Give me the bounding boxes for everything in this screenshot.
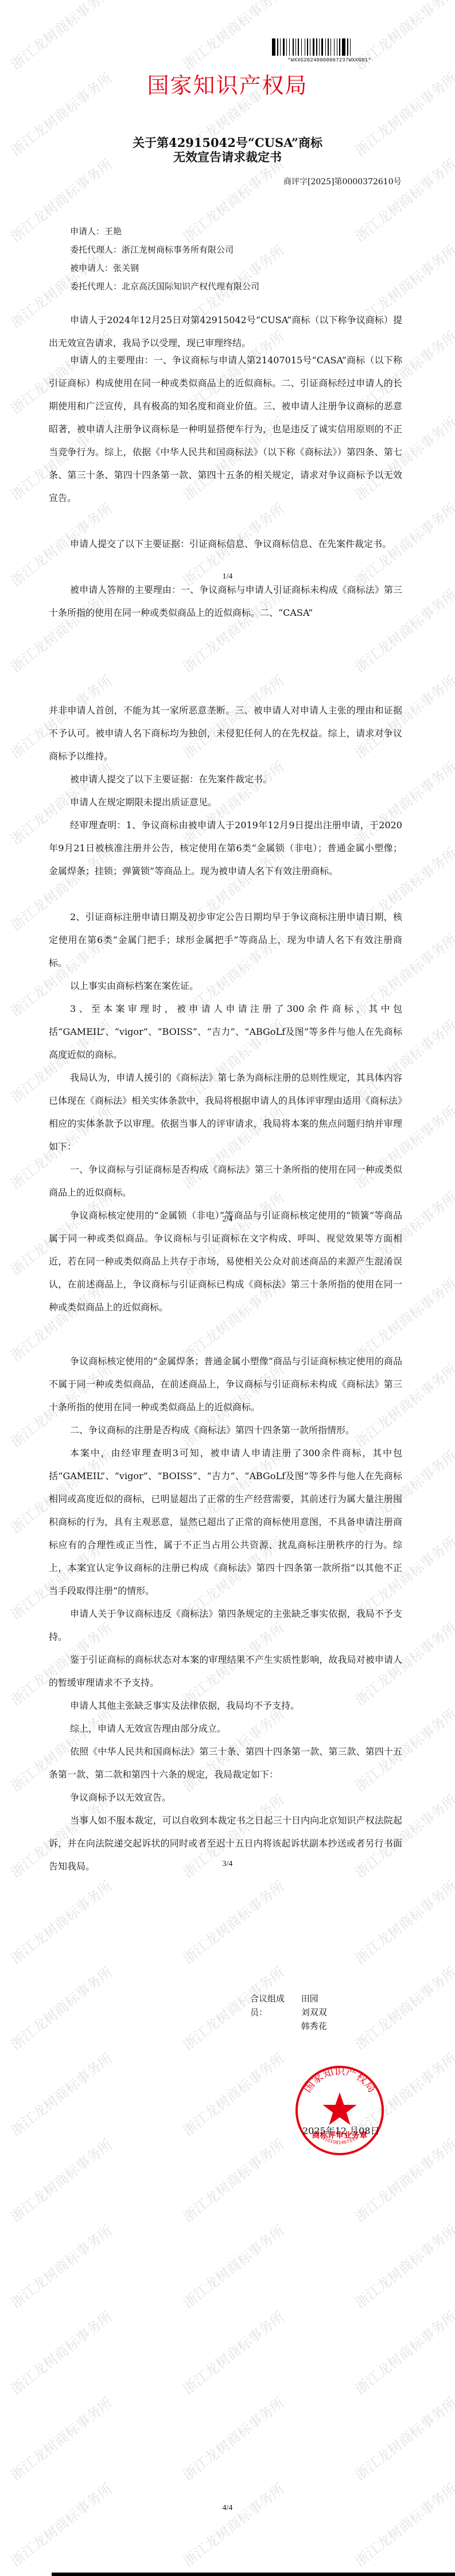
paragraph: 二、争议商标的注册是否构成《商标法》第四十四条第一款所指情形。 — [49, 1419, 402, 1442]
paragraph: 我局认为，申请人援引的《商标法》第七条为商标注册的总则性规定，其具体内容已体现在… — [49, 1066, 402, 1158]
document-title: 关于第42915042号“CUSA”商标 无效宣告请求裁定书 — [0, 135, 455, 164]
party-respondent: 被申请人：张关钢 — [70, 262, 139, 274]
paragraph: 综上，申请人无效宣告理由部分成立。 — [49, 1717, 402, 1740]
document-viewer: *WXXG20240000067237WXXG01* 国家知识产权局 关于第42… — [0, 0, 455, 2576]
paragraph: 以上事实由商标档案在案佐证。 — [49, 975, 402, 998]
paragraph: 依照《中华人民共和国商标法》第三十条、第四十四条第一款、第三款、第四十五条第一款… — [49, 1740, 402, 1786]
paragraph: 并非申请人首创，不能为其一家所恶意垄断。三、被申请人对申请人主张的理由和证据不予… — [49, 699, 402, 768]
page-number: 2/4 — [0, 1215, 455, 1224]
page-number: 1/4 — [0, 572, 455, 581]
barcode-bars — [272, 38, 387, 56]
paragraph: 经审理查明：1、争议商标由被申请人于2019年12月9日提出注册申请，于2020… — [49, 814, 402, 883]
paragraph: 申请人提交了以下主要证据：引证商标信息、争议商标信息、在先案件裁定书。 — [49, 533, 402, 556]
barcode-text: *WXXG20240000067237WXXG01* — [269, 57, 390, 63]
paragraph: 申请人于2024年12月25日对第42915042号“CUSA”商标（以下称争议… — [49, 309, 402, 355]
paragraph: 争议商标予以无效宣告。 — [49, 1786, 402, 1809]
agency-header: 国家知识产权局 — [0, 68, 455, 99]
paragraph: 申请人的主要理由：一、争议商标与申请人第21407015号“CASA”商标（以下… — [49, 349, 402, 510]
committee-block: 合议组成员： 田园 刘双双 韩秀花 — [250, 1992, 327, 2033]
reference-number: 商评字[2025]第0000372610号 — [283, 176, 402, 187]
paragraph: 本案中，由经审理查明3可知，被申请人申请注册了300余件商标，其中包括“GAME… — [49, 1442, 402, 1603]
paragraph: 申请人其他主张缺乏事实及法律依据，我局均不予支持。 — [49, 1694, 402, 1717]
decision-date: 2025年12 月08日 — [302, 2124, 380, 2137]
committee-members: 田园 刘双双 韩秀花 — [301, 1992, 327, 2033]
paragraph: 争议商标核定使用的“金属焊条；普通金属小塑像”商品与引证商标核定使用的商品不属于… — [49, 1350, 402, 1419]
svg-text:国家知识产权局: 国家知识产权局 — [301, 2065, 378, 2095]
document-title-line1: 关于第42915042号“CUSA”商标 — [0, 135, 455, 150]
document-title-line2: 无效宣告请求裁定书 — [0, 150, 455, 164]
committee-member: 韩秀花 — [301, 2019, 327, 2033]
party-applicant-agent: 委托代理人：浙江龙树商标事务所有限公司 — [70, 243, 234, 255]
paragraph: 2、引证商标注册申请日期及初步审定公告日期均早于争议商标注册申请日期，核定使用在… — [49, 906, 402, 975]
official-seal-icon: 国家知识产权局 商标评审业务章 1101081467335 — [294, 2065, 385, 2156]
paragraph: 申请人在规定期限未提出质证意见。 — [49, 791, 402, 814]
paragraph: 被申请人提交了以下主要证据：在先案件裁定书。 — [49, 768, 402, 791]
paragraph: 申请人关于争议商标违反《商标法》第四条规定的主张缺乏事实依据，我局不予支持。 — [49, 1603, 402, 1648]
committee-member: 田园 — [301, 1992, 327, 2005]
bottom-edge-bar — [52, 2573, 455, 2576]
paragraph: 3、至本案审理时，被申请人申请注册了300余件商标，其中包括“GAMEIL”、“… — [49, 998, 402, 1066]
committee-member: 刘双双 — [301, 2005, 327, 2019]
party-applicant: 申请人：王艳 — [70, 225, 122, 237]
committee-label: 合议组成员： — [250, 1992, 298, 2019]
party-respondent-agent: 委托代理人：北京高沃国际知识产权代理有限公司 — [70, 280, 259, 292]
page-number: 3/4 — [0, 1860, 455, 1869]
paragraph: 鉴于引证商标的商标状态对本案的审理结果不产生实质性影响，故我局对被申请人的暂缓审… — [49, 1648, 402, 1694]
paragraph: 被申请人答辩的主要理由：一、争议商标与申请人引证商标未构成《商标法》第三十条所指… — [49, 579, 402, 624]
page-number: 4/4 — [0, 2504, 455, 2513]
paragraph: 一、争议商标与引证商标是否构成《商标法》第三十条所指的使用在同一种或类似商品上的… — [49, 1158, 402, 1204]
